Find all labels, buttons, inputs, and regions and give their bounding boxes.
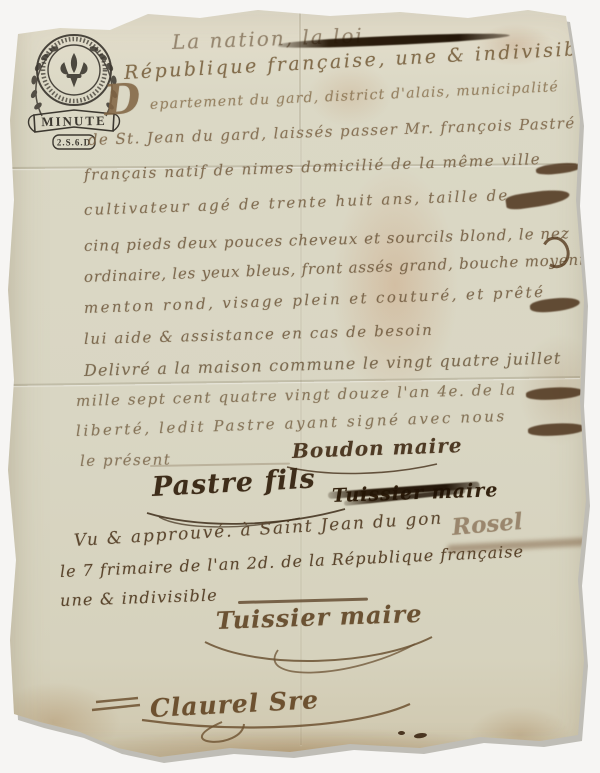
manuscript-line-10: lui aide & assistance en cas de besoin bbox=[84, 321, 434, 348]
ink-smudge bbox=[505, 187, 570, 211]
manuscript-line-3: epartement du gard, district d'alais, mu… bbox=[150, 79, 560, 113]
manuscript-line-5: français natif de nimes domicilié de la … bbox=[84, 150, 542, 184]
manuscript-line-9: menton rond, visage plein et couturé, et… bbox=[84, 283, 546, 317]
signature-flourish bbox=[92, 694, 422, 746]
photo-backdrop: MINUTE 2.S.6.D La nation, la loi Républi… bbox=[0, 0, 600, 773]
manuscript-line-14: le présent bbox=[80, 450, 172, 470]
document-paper: MINUTE 2.S.6.D La nation, la loi Républi… bbox=[0, 0, 600, 773]
ink-dot bbox=[398, 731, 405, 735]
signature-tuissier-maire: Tuissier maire bbox=[215, 599, 422, 635]
manuscript-line-11: Delivré a la maison commune le vingt qua… bbox=[84, 349, 562, 380]
manuscript-line-12: mille sept cent quatre vingt douze l'an … bbox=[76, 380, 517, 410]
fleur-de-lis-icon bbox=[61, 54, 87, 86]
signature-rosel-faint: Rosel bbox=[451, 508, 524, 541]
stamp-denomination-label: 2.S.6.D bbox=[57, 138, 91, 148]
signature-pastre-fils: Pastre fils bbox=[151, 463, 316, 503]
manuscript-line-8: ordinaire, les yeux bleus, front assés g… bbox=[84, 250, 600, 286]
manuscript-line-4: de St. Jean du gard, laissés passer Mr. … bbox=[88, 114, 576, 149]
manuscript-line-7: cinq pieds deux pouces cheveux et sourci… bbox=[84, 224, 570, 255]
manuscript-line-6: cultivateur agé de trente huit ans, tail… bbox=[84, 186, 510, 219]
ink-smudge bbox=[528, 422, 587, 437]
stamp-banner-label: MINUTE bbox=[41, 113, 107, 129]
manuscript-dropcap: D bbox=[102, 74, 142, 125]
manuscript-line-17: une & indivisible bbox=[60, 585, 219, 610]
signature-boudon-maire: Boudon maire bbox=[292, 433, 463, 463]
signature-flourish bbox=[200, 632, 440, 682]
ink-smudge bbox=[526, 386, 585, 401]
ink-dot bbox=[414, 732, 428, 739]
